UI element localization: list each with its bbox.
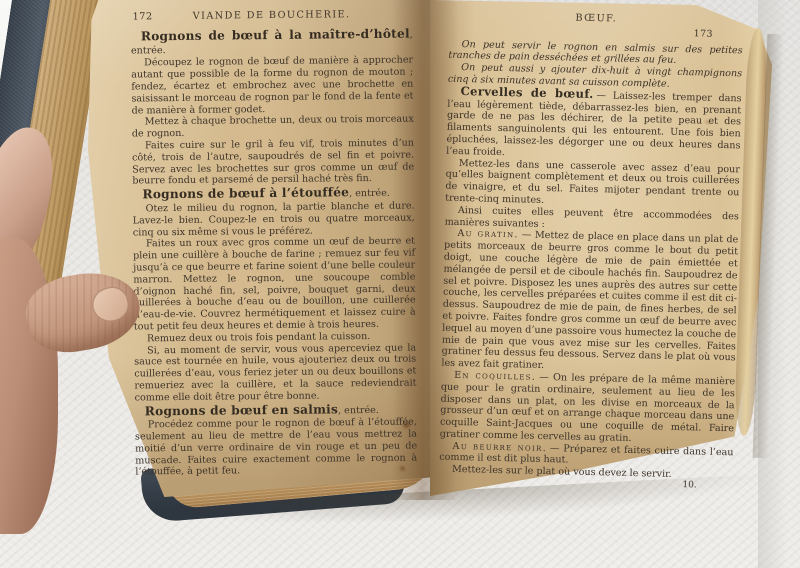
recipe-lead-au-gratin: Au gratin. (457, 228, 519, 240)
recipe-en-coquilles: En coquilles.— On les prépare de la même… (440, 370, 736, 447)
recipe-lead-en-coquilles: En coquilles. (454, 370, 536, 383)
recipe-heading-label: Rognons de bœuf à la maître-d’hôtel (141, 26, 410, 43)
paragraph: Mettez à chaque brochette un, deux ou tr… (132, 114, 414, 141)
paragraph: Faites cuire sur le gril à feu vif, troi… (132, 137, 414, 187)
right-running-header-title: BŒUF. (575, 13, 617, 25)
paragraph: Découpez le rognon de bœuf de manière à … (131, 55, 414, 117)
photo-of-open-book: { "palette": { "background_fabric": "#e9… (0, 0, 800, 568)
left-running-header: 172 VIANDE DE BOUCHERIE. (131, 9, 413, 24)
paragraph: Si, au moment de servir, vous vous aperc… (134, 342, 417, 404)
left-running-header-title: VIANDE DE BOUCHERIE. (193, 9, 351, 22)
paragraph: Mettez-les dans une casserole avec assez… (445, 157, 740, 211)
recipe-heading-label: Rognons de bœuf à l’étouffée (142, 185, 349, 201)
paragraph: Faites un roux avec gros comme un œuf de… (133, 236, 416, 333)
left-page-number: 172 (133, 11, 153, 23)
recipe-heading-suffix: , entrée. (349, 188, 390, 199)
recipe-cervelles: Cervelles de bœuf.— Laissez-les tremper … (446, 85, 742, 163)
left-page-text: 172 VIANDE DE BOUCHERIE. Rognons de bœuf… (131, 9, 418, 479)
right-page-text: BŒUF. 173 On peut servir le rognon en sa… (439, 10, 744, 493)
paragraph: Procédez comme pour le rognon de bœuf à … (135, 417, 418, 479)
paragraph: — Mettez de place en place dans un plat … (441, 230, 738, 371)
paragraph: — On les prépare de la même manière que … (440, 372, 736, 444)
recipe-heading-label: Rognons de bœuf en salmis (145, 402, 338, 418)
recipe-heading-suffix: , entrée. (338, 404, 379, 415)
recipe-au-gratin: Au gratin.— Mettez de place en place dan… (441, 228, 738, 376)
paragraph: — Laissez-les tremper dans l’eau légèrem… (446, 90, 742, 158)
recipe-heading-maitre-dhotel: Rognons de bœuf à la maître-d’hôtel, ent… (131, 28, 413, 57)
paragraph: Otez le milieu du rognon, la partie blan… (133, 200, 415, 238)
